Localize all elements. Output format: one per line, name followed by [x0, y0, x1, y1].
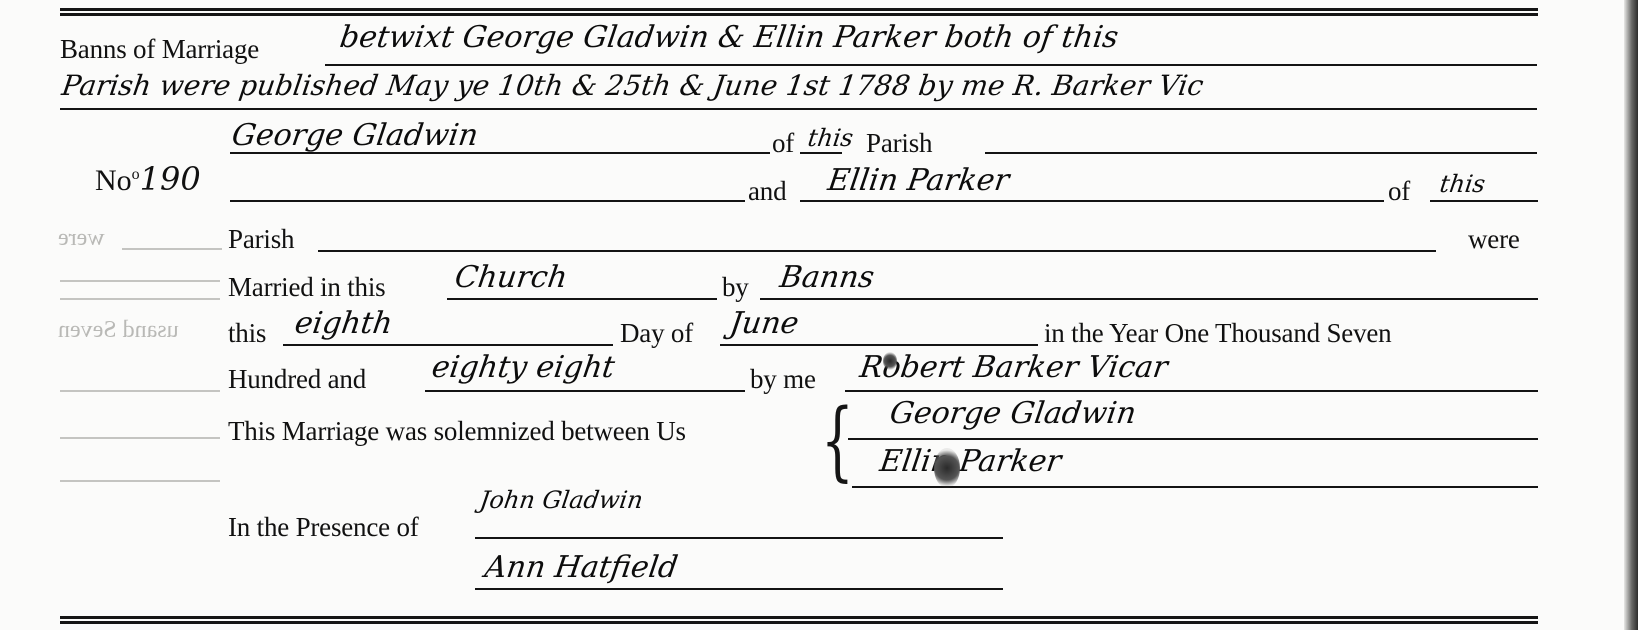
signature-brace: { — [821, 398, 854, 484]
bottom-double-rule — [60, 616, 1538, 624]
groom-signature-rule — [848, 438, 1538, 440]
hundred-and-label: Hundred and — [228, 364, 366, 394]
bleed-through-line — [60, 480, 220, 482]
marriage-month-rule — [720, 344, 1038, 346]
banns-text-line-1: betwixt George Gladwin & Ellin Parker bo… — [338, 22, 1121, 54]
marriage-method-rule — [760, 298, 1538, 300]
marriage-year-rule — [425, 390, 745, 392]
married-by-label: by — [722, 272, 749, 302]
bride-parish-label: Parish — [228, 224, 294, 254]
year-label: in the Year One Thousand Seven — [1044, 318, 1391, 348]
witness-2-signature: Ann Hatfield — [483, 552, 680, 584]
day-of-label: Day of — [620, 318, 693, 348]
presence-label: In the Presence of — [228, 512, 419, 542]
witness-1-signature: John Gladwin — [478, 484, 645, 516]
bleed-through-line — [60, 390, 220, 392]
marriage-day-rule — [283, 344, 613, 346]
bleed-through-line — [60, 280, 220, 282]
groom-parish-label: Parish — [866, 128, 932, 158]
were-label: were — [1468, 224, 1520, 254]
officiant-signature: Robert Barker Vicar — [858, 352, 1170, 384]
page-binding-edge — [1624, 0, 1638, 630]
groom-of-rule — [800, 152, 842, 154]
bleed-through-thousand-seven: usand Seven — [58, 317, 179, 344]
entry-number-value: 190 — [140, 160, 201, 198]
married-in-label: Married in this — [228, 272, 385, 302]
bleed-through-line — [60, 298, 220, 300]
entry-number-prefix: No — [95, 164, 132, 197]
bride-parish-rule — [318, 250, 1436, 252]
bleed-through-line — [60, 437, 220, 439]
ink-blot — [934, 448, 960, 488]
groom-signature: George Gladwin — [888, 398, 1138, 430]
officiant-rule — [845, 390, 1538, 392]
banns-text-line-2: Parish were published May ye 10th & 25th… — [60, 70, 1206, 102]
groom-parish-rule — [985, 152, 1537, 154]
marriage-place-rule — [447, 298, 717, 300]
this-label: this — [228, 318, 266, 348]
groom-name-rule — [230, 152, 770, 154]
marriage-month: June — [728, 308, 801, 340]
solemnized-label: This Marriage was solemnized between Us — [228, 416, 686, 446]
entry-number: Noo190 — [95, 160, 201, 198]
marriage-place: Church — [453, 262, 570, 294]
bride-of-label: of — [1388, 176, 1410, 206]
groom-of-value: this — [806, 122, 856, 154]
by-me-label: by me — [750, 364, 816, 394]
bride-and-label: and — [748, 176, 786, 206]
bride-of-value: this — [1438, 168, 1488, 200]
banns-line-2-rule — [60, 108, 1537, 110]
banns-label: Banns of Marriage — [60, 34, 259, 64]
bride-name: Ellin Parker — [826, 165, 1011, 197]
bride-of-rule — [1430, 200, 1538, 202]
banns-line-1-rule — [325, 64, 1537, 66]
witness-1-rule — [475, 537, 1003, 539]
top-double-rule — [60, 8, 1538, 16]
bride-name-rule — [800, 200, 1384, 202]
bleed-through-line — [122, 248, 222, 250]
bride-signature: Ellin Parker — [878, 446, 1063, 478]
groom-continuation-rule — [230, 200, 745, 202]
bride-signature-rule — [852, 486, 1538, 488]
groom-of-label: of — [772, 128, 794, 158]
bleed-through-were: were — [58, 225, 105, 252]
marriage-method: Banns — [778, 262, 876, 294]
marriage-year-suffix: eighty eight — [430, 352, 617, 384]
marriage-day: eighth — [293, 308, 395, 340]
ink-blot — [883, 352, 897, 370]
groom-name: George Gladwin — [230, 120, 480, 152]
witness-2-rule — [475, 588, 1003, 590]
